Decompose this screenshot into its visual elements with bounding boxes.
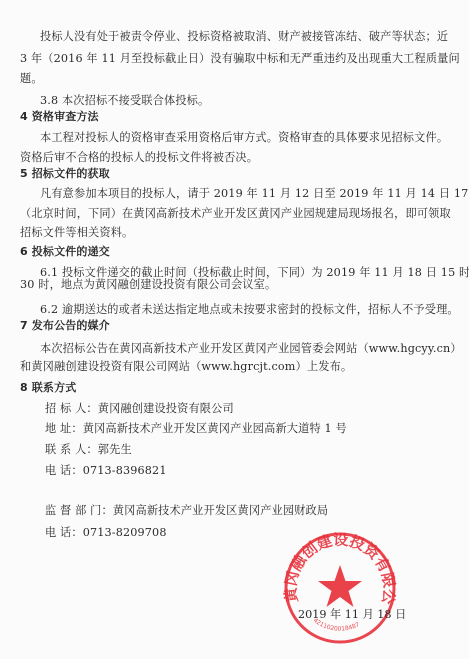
clause-6-2: 6.2 逾期送达的或者未送达指定地点或未按要求密封的投标文件，招标人不予受理。 [40, 303, 450, 317]
section-heading-8: 8 联系方式 [20, 381, 430, 395]
paragraph-line: 招标文件等相关资料。 [20, 226, 430, 240]
clause-3-8: 3.8 本次招标不接受联合体投标。 [40, 94, 450, 108]
paragraph-line: 凡有意参加本项目的投标人，请于 2019 年 11 月 12 日至 2019 年… [40, 187, 450, 201]
company-seal-icon: 黄冈融创建设投资有限公司 4211020018487 [283, 531, 397, 645]
paragraph-line: 和黄冈融创建设投资有限公司网站（www.hgrcjt.com）上发布。 [20, 360, 430, 374]
section-heading-4: 4 资格审查方法 [20, 110, 430, 124]
paragraph-line: 投标人没有处于被责令停业、投标资格被取消、财产被接管冻结、破产等状态；近 [40, 30, 450, 44]
signature-date: 2019 年 11 月 18 日 [298, 608, 406, 622]
contact-tenderer: 招 标 人：黄冈融创建设投资有限公司 [45, 402, 455, 416]
contact-address: 地 址：黄冈高新技术产业开发区黄冈产业园高新大道特 1 号 [45, 422, 455, 436]
section-heading-7: 7 发布公告的媒介 [20, 319, 430, 333]
paragraph-line: 本次招标公告在黄冈高新技术产业开发区黄冈产业园管委会网站（www.hgcyy.c… [40, 342, 450, 356]
paragraph-line: 本工程对投标人的资格审查采用资格后审方式。资格审查的具体要求见招标文件。 [40, 131, 450, 145]
contact-phone: 电 话：0713-8396821 [45, 464, 455, 478]
paragraph-line: 资格后审不合格的投标人的投标文件将被否决。 [20, 151, 430, 165]
document-page: 投标人没有处于被责令停业、投标资格被取消、财产被接管冻结、破产等状态；近 3 年… [0, 0, 469, 659]
supervisor-dept: 监 督 部 门：黄冈高新技术产业开发区黄冈产业园财政局 [45, 504, 455, 518]
contact-person: 联 系 人：郭先生 [45, 443, 455, 457]
section-heading-5: 5 招标文件的获取 [20, 167, 430, 181]
paragraph-line: （北京时间，下同）在黄冈高新技术产业开发区黄冈产业园规建局现场报名，即可领取 [20, 207, 430, 221]
paragraph-line: 3 年（2016 年 11 月至投标截止日）没有骗取中标和无严重违约及出现重大工… [20, 52, 430, 66]
paragraph-line: 30 时，地点为黄冈融创建设投资有限公司会议室。 [20, 278, 430, 292]
section-heading-6: 6 投标文件的递交 [20, 245, 430, 259]
paragraph-line: 题。 [20, 72, 430, 86]
